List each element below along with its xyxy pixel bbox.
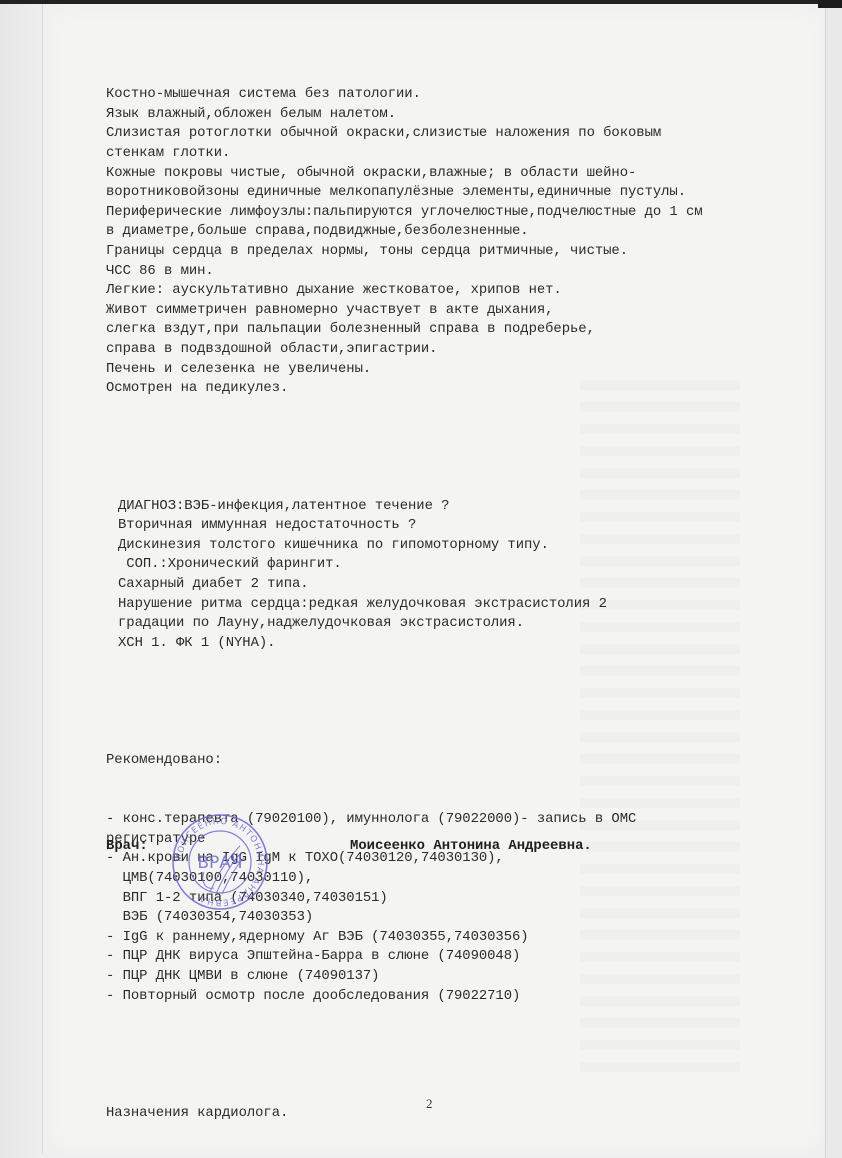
examination-line: слегка вздут,при пальпации болезненный с… xyxy=(106,320,703,340)
scan-edge-corner xyxy=(818,0,842,8)
diagnosis-line: Сахарный диабет 2 типа. xyxy=(106,575,703,595)
examination-line: воротниковойзоны единичные мелкопапулёзн… xyxy=(106,183,703,203)
examination-line: Язык влажный,обложен белым налетом. xyxy=(106,105,703,125)
examination-line: Живот симметричен равномерно участвует в… xyxy=(106,301,703,321)
diagnosis-section: ДИАГНОЗ:ВЭБ-инфекция,латентное течение ?… xyxy=(106,497,703,654)
doctor-stamp-icon: МОИСЕЕНКО АНТОНИНА АНДРЕЕВНА ВРАЧ xyxy=(170,812,270,912)
diagnosis-line: ДИАГНОЗ:ВЭБ-инфекция,латентное течение ? xyxy=(106,497,703,517)
recommendation-item: - ПЦР ДНК вируса Эпштейна-Барра в слюне … xyxy=(106,947,703,967)
examination-line: Кожные покровы чистые, обычной окраски,в… xyxy=(106,164,703,184)
examination-line: Периферические лимфоузлы:пальпируются уг… xyxy=(106,203,703,223)
examination-line: Костно-мышечная система без патологии. xyxy=(106,85,703,105)
svg-text:ВРАЧ: ВРАЧ xyxy=(197,853,242,873)
examination-section: Костно-мышечная система без патологии.Яз… xyxy=(106,85,703,399)
recommendation-item: - Повторный осмотр после дообследования … xyxy=(106,987,703,1007)
examination-line: Легкие: аускультативно дыхание жестковат… xyxy=(106,281,703,301)
diagnosis-line: Дискинезия толстого кишечника по гипомот… xyxy=(106,536,703,556)
examination-line: Границы сердца в пределах нормы, тоны се… xyxy=(106,242,703,262)
diagnosis-line: СОП.:Хронический фарингит. xyxy=(106,555,703,575)
scan-edge-right xyxy=(825,0,842,1158)
signature-label: Врач: xyxy=(106,838,148,854)
examination-line: стенкам глотки. xyxy=(106,144,703,164)
diagnosis-line: Нарушение ритма сердца:редкая желудочков… xyxy=(106,595,703,615)
cardiologist-note: Назначения кардиолога. xyxy=(106,1104,703,1124)
diagnosis-line: градации по Лауну,наджелудочковая экстра… xyxy=(106,614,703,634)
recommendation-item: - ПЦР ДНК ЦМВИ в слюне (74090137) xyxy=(106,967,703,987)
diagnosis-line: ХСН 1. ФК 1 (NYHA). xyxy=(106,634,703,654)
examination-line: справа в подвздошной области,эпигастрии. xyxy=(106,340,703,360)
examination-line: Слизистая ротоглотки обычной окраски,сли… xyxy=(106,124,703,144)
examination-line: Печень и селезенка не увеличены. xyxy=(106,360,703,380)
examination-line: Осмотрен на педикулез. xyxy=(106,379,703,399)
page-number: 2 xyxy=(426,1096,433,1112)
examination-line: в диаметре,больше справа,подвиджные,безб… xyxy=(106,222,703,242)
doctor-name: Моисеенко Антонина Андреевна. xyxy=(350,838,592,854)
diagnosis-line: Вторичная иммунная недостаточность ? xyxy=(106,516,703,536)
scanned-document: Костно-мышечная система без патологии.Яз… xyxy=(0,0,842,1158)
page-fold-left xyxy=(0,4,44,1158)
document-body: Костно-мышечная система без патологии.Яз… xyxy=(106,46,703,1158)
recommendations-title: Рекомендовано: xyxy=(106,751,703,771)
examination-line: ЧСС 86 в мин. xyxy=(106,262,703,282)
recommendation-item: - IgG к раннему,ядерному Аг ВЭБ (7403035… xyxy=(106,928,703,948)
